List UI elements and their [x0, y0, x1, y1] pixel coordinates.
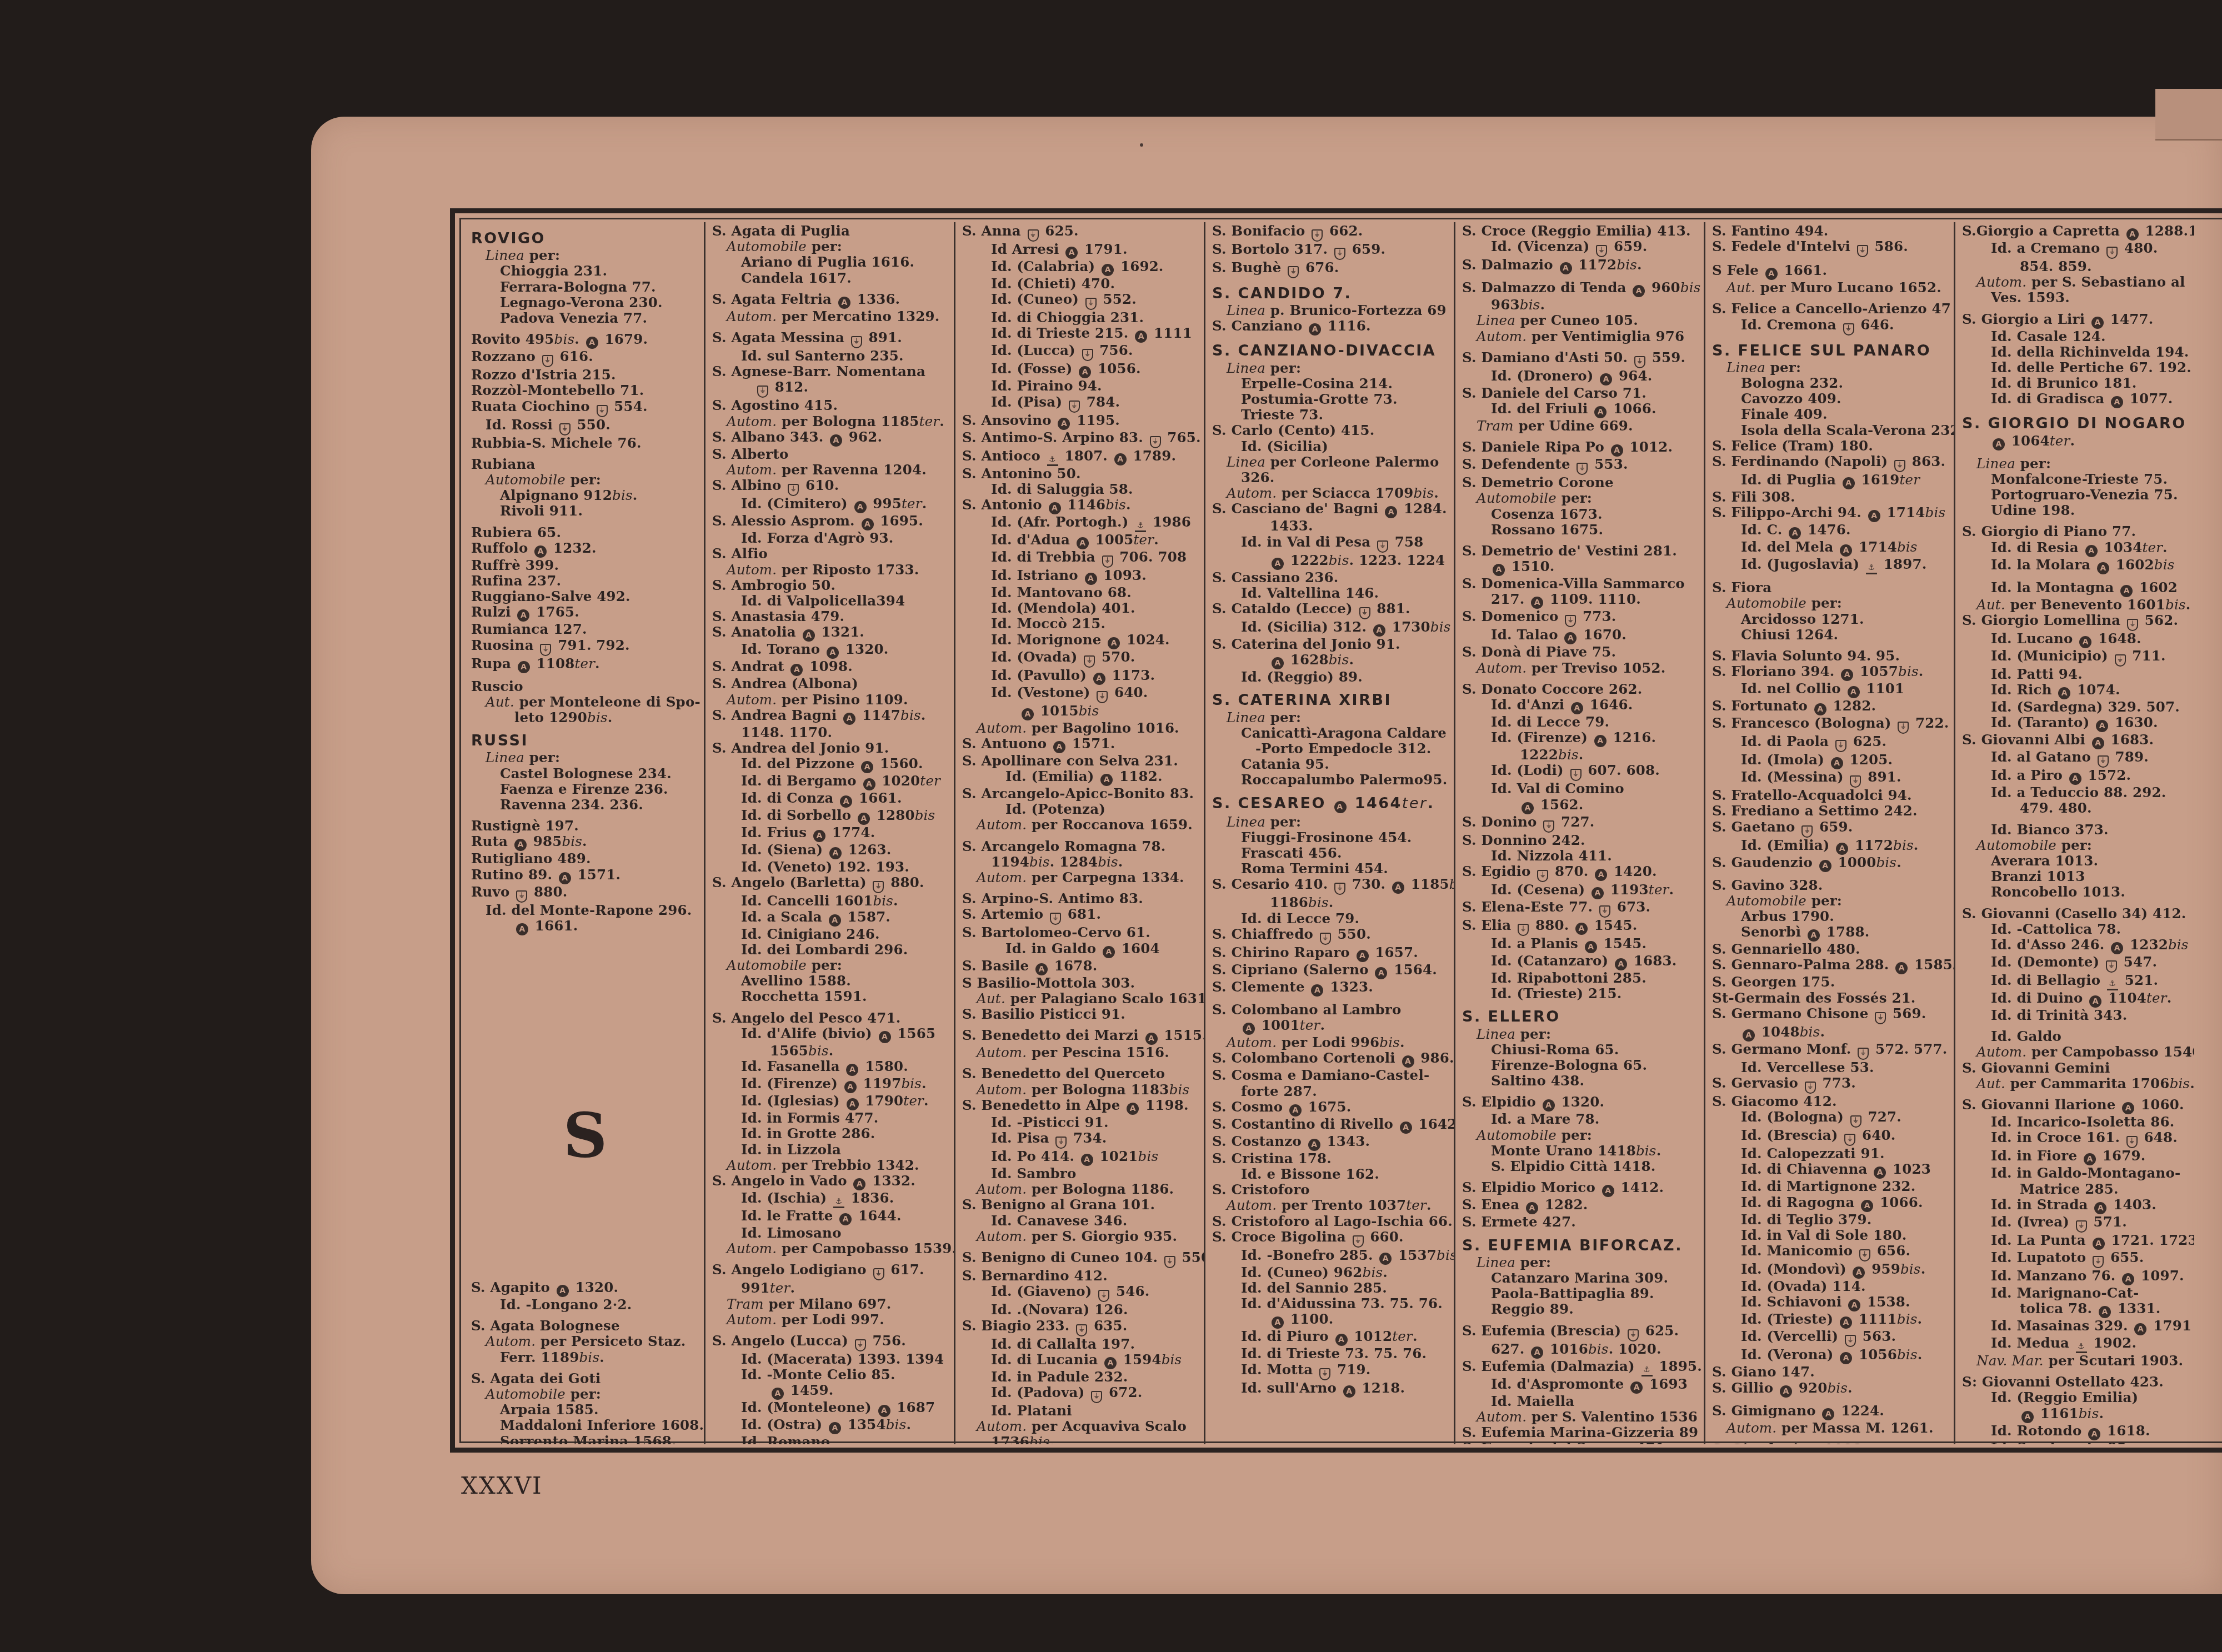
automobile-service-icon: A	[878, 1405, 890, 1417]
tram-service-icon: ⏚	[1537, 870, 1548, 882]
index-subentry: Id. (Padova) ⏚ 672.	[962, 1385, 1199, 1403]
index-subentry: A 1161bis.	[1962, 1406, 2190, 1423]
index-subentry: Sorrento Marina 1568.	[471, 1434, 699, 1444]
automobile-service-icon: A	[1093, 673, 1105, 685]
index-entry: S. Benedetto dei Marzi A 1515.	[962, 1028, 1199, 1045]
index-subentry: Id. Manzano 76. A 1097.	[1962, 1268, 2190, 1285]
index-subentry: Id. Casale 124.	[1962, 329, 2190, 344]
index-subentry: Autom. per Treviso 1052.	[1462, 660, 1699, 676]
index-entry: S. Fili 308.	[1712, 489, 1949, 505]
index-subentry: Id. sul Santerno 235.	[712, 348, 949, 364]
index-subentry: Id. e Bissone 162.	[1212, 1167, 1449, 1182]
index-subentry: Id. (Trieste) A 1111bis.	[1712, 1311, 1949, 1329]
index-subentry: Id. (Pavullo) A 1173.	[962, 668, 1199, 685]
index-subentry: Id. Bianco 373.	[1962, 822, 2190, 838]
index-subentry: Ravenna 234. 236.	[471, 797, 699, 813]
automobile-service-icon: A	[2099, 1306, 2111, 1318]
index-subentry: Id. Rossi ⏚ 550.	[471, 417, 699, 435]
tram-service-icon: ⏚	[1102, 555, 1113, 568]
index-entry: S. Alfio	[712, 546, 949, 562]
index-entry: S. Fiora	[1712, 580, 1949, 595]
station-heading: S. ELLERO	[1462, 1009, 1699, 1025]
index-subentry: Autom. per S. Sebastiano al	[1962, 274, 2190, 290]
index-subentry: S. Elpidio Città 1418.	[1462, 1159, 1699, 1174]
index-subentry: Alpignano 912bis.	[471, 488, 699, 503]
automobile-service-icon: A	[1077, 537, 1089, 549]
automobile-service-icon: A	[854, 501, 867, 513]
index-subentry: Autom. per Campobasso 1539.	[712, 1241, 949, 1256]
automobile-service-icon: A	[1402, 1055, 1414, 1068]
index-entry: S. Canziano A 1116.	[1212, 318, 1449, 336]
index-subentry: Senorbì A 1788.	[1712, 924, 1949, 942]
index-subentry: Automobile per:	[712, 958, 949, 973]
index-entry: Rupa A 1108ter.	[471, 656, 699, 673]
index-subentry: A 1048bis.	[1712, 1024, 1949, 1042]
tram-service-icon: ⏚	[1320, 933, 1331, 945]
tram-service-icon: ⏚	[1570, 769, 1582, 781]
index-subentry: Fiuggi-Frosinone 454.	[1212, 830, 1449, 845]
index-entry: S. Demetrio Corone	[1462, 475, 1699, 490]
index-subentry: Id. Cinigiano 246.	[712, 927, 949, 942]
index-subentry: Id. di Lecce 79.	[1212, 911, 1449, 927]
index-subentry: Linea per:	[1962, 456, 2190, 472]
index-subentry: Chiusi-Roma 65.	[1462, 1042, 1699, 1058]
automobile-service-icon: A	[1357, 950, 1369, 962]
index-entry: S. Benigno al Grana 101.	[962, 1197, 1199, 1213]
automobile-service-icon: A	[1243, 1023, 1255, 1035]
automobile-service-icon: A	[2093, 1238, 2105, 1250]
index-subentry: Catania 95.	[1212, 757, 1449, 772]
index-subentry: Id. di Sorbello A 1280bis	[712, 808, 949, 825]
tram-service-icon: ⏚	[1334, 883, 1345, 895]
index-entry: S. Cristoforo	[1212, 1182, 1449, 1198]
automobile-service-icon: A	[853, 1178, 865, 1190]
tram-service-icon: ⏚	[1850, 775, 1861, 788]
tram-service-icon: ⏚	[1028, 229, 1039, 242]
index-subentry: A 1064ter.	[1962, 433, 2190, 450]
automobile-service-icon: A	[1543, 1099, 1555, 1112]
tram-service-icon: ⏚	[1835, 740, 1846, 752]
index-subentry: Id. Patti 94.	[1962, 667, 2190, 682]
index-column-1: ROVIGOLinea per:Chioggia 231.Ferrara-Bol…	[456, 222, 705, 1444]
index-subentry: Id. la Montagna A 1602	[1962, 580, 2190, 597]
automobile-service-icon: A	[862, 518, 874, 530]
index-entry: S. Bartolomeo-Cervo 61.	[962, 925, 1199, 940]
automobile-service-icon: A	[1575, 923, 1588, 935]
index-subentry: Id. (Demonte) ⏚ 547.	[1962, 954, 2190, 973]
index-subentry: Id. Ripabottoni 285.	[1462, 970, 1699, 986]
index-subentry: 1194bis. 1284bis.	[962, 854, 1199, 870]
automobile-service-icon: A	[1531, 1346, 1543, 1359]
automobile-service-icon: A	[1022, 708, 1034, 720]
index-subentry: Canicattì-Aragona Caldare	[1212, 725, 1449, 741]
index-subentry: 854. 859.	[1962, 259, 2190, 274]
index-entry: S. Costanzo A 1343.	[1212, 1134, 1449, 1151]
automobile-service-icon: A	[1895, 962, 1908, 974]
automobile-service-icon: A	[1145, 1033, 1158, 1045]
index-subentry: Frascati 456.	[1212, 845, 1449, 861]
index-subentry: Id. -Bonefro 285. A 1537bis	[1212, 1248, 1449, 1265]
index-entry: S. Dalmazzo di Tenda A 960bis	[1462, 280, 1699, 297]
index-subentry: Automobile per:	[471, 472, 699, 488]
automobile-service-icon: A	[1392, 882, 1404, 894]
index-subentry: 991ter.	[712, 1280, 949, 1296]
index-subentry: Id. di Resia A 1034ter.	[1962, 540, 2190, 557]
automobile-service-icon: A	[839, 1213, 852, 1225]
index-entry: S. Agata Messina ⏚ 891.	[712, 330, 949, 348]
automobile-service-icon: A	[1630, 1381, 1643, 1394]
automobile-service-icon: A	[2126, 228, 2139, 241]
tram-service-icon: ⏚	[1076, 1324, 1087, 1336]
index-subentry: 627. A 1016bis. 1020.	[1462, 1341, 1699, 1359]
index-subentry: Id. nel Collio A 1101	[1712, 681, 1949, 698]
index-entry: S. Artemio ⏚ 681.	[962, 907, 1199, 925]
index-entry: S. Ermete 427.	[1462, 1214, 1699, 1230]
index-entry: S. Germano Chisone ⏚ 569.	[1712, 1006, 1949, 1024]
tram-service-icon: ⏚	[1150, 436, 1161, 448]
index-subentry: Aut. per Cammarita 1706bis.	[1962, 1076, 2190, 1092]
tram-service-icon: ⏚	[1312, 229, 1323, 242]
index-subentry: Id. di Trinità 343.	[1962, 1008, 2190, 1023]
index-subentry: Id. Maiella	[1462, 1394, 1699, 1409]
index-subentry: Id. (Ostra) A 1354bis.	[712, 1417, 949, 1434]
tram-service-icon: ⏚	[597, 405, 608, 417]
index-subentry: Nav. Mar. per Scutari 1903.	[1962, 1353, 2190, 1369]
index-entry: S. Cristoforo al Lago-Ischia 66.	[1212, 1214, 1449, 1229]
automobile-service-icon: A	[829, 914, 841, 927]
index-subentry: Id. (Cuneo) ⏚ 552.	[962, 292, 1199, 310]
index-entry: S. Benigno di Cuneo 104. ⏚ 550.	[962, 1250, 1199, 1268]
index-subentry: 217. A 1109. 1110.	[1462, 592, 1699, 609]
index-subentry: Id. di Paola ⏚ 625.	[1712, 734, 1949, 752]
index-entry: S. Agostino 415.	[712, 398, 949, 413]
automobile-service-icon: A	[1104, 1357, 1117, 1369]
automobile-service-icon: A	[1848, 1299, 1860, 1311]
index-subentry: Autom. per Sciacca 1709bis.	[1212, 485, 1449, 501]
automobile-service-icon: A	[1841, 669, 1853, 681]
automobile-service-icon: A	[827, 647, 839, 659]
index-subentry: Id. a Planis A 1545.	[1462, 936, 1699, 953]
index-entry: S. Andrea (Albona)	[712, 676, 949, 692]
automobile-service-icon: A	[1600, 373, 1612, 386]
automobile-service-icon: A	[1765, 268, 1778, 280]
page-number: XXXVI	[461, 1472, 543, 1499]
automobile-service-icon: A	[2111, 942, 2123, 954]
tram-service-icon: ⏚	[1875, 1012, 1886, 1024]
index-entry: S. Damiano d'Asti 50. ⏚ 559.	[1462, 350, 1699, 368]
index-entry: S. Carlo (Cento) 415.	[1212, 423, 1449, 438]
index-subentry: Autom. per S. Valentino 1536	[1462, 1409, 1699, 1425]
index-entry: S. Eufemia (Brescia) ⏚ 625.	[1462, 1323, 1699, 1341]
index-subentry: Id. Lupatoto ⏚ 655.	[1962, 1250, 2190, 1268]
index-entry: Ruvo ⏚ 880.	[471, 884, 699, 903]
index-subentry: Automobile per:	[1712, 595, 1949, 611]
index-subentry: Id. (Siena) A 1263.	[712, 842, 949, 859]
automobile-service-icon: A	[863, 778, 875, 790]
index-subentry: Id. (Jugoslavia) ⚓ 1897.	[1712, 557, 1949, 574]
index-entry: S. Angelo del Pesco 471.	[712, 1010, 949, 1026]
index-subentry: Id. di Bergamo A 1020ter	[712, 773, 949, 790]
index-subentry: Id. a Teduccio 88. 292.	[1962, 785, 2190, 800]
automobile-service-icon: A	[1848, 686, 1860, 698]
index-subentry: Id. (Monteleone) A 1687	[712, 1400, 949, 1417]
station-heading: S. FELICE SUL PANARO	[1712, 343, 1949, 359]
index-entry: S. Gaudenzio A 1000bis.	[1712, 855, 1949, 872]
automobile-service-icon: A	[1272, 657, 1284, 669]
index-entry: S. Giovanni Ilarione A 1060.	[1962, 1097, 2190, 1114]
index-entry: S. Domenica-Villa Sammarco	[1462, 576, 1699, 592]
station-heading: S. GIORGIO DI NOGARO	[1962, 416, 2190, 432]
index-subentry: Id. Istriano A 1093.	[962, 568, 1199, 585]
index-subentry: Id. Talao A 1670.	[1462, 627, 1699, 644]
index-subentry: Id. Torano A 1320.	[712, 642, 949, 659]
automobile-service-icon: A	[1135, 331, 1147, 343]
index-subentry: Reggio 89.	[1462, 1301, 1699, 1317]
index-subentry: Chioggia 231.	[471, 263, 699, 279]
index-entry: Ruta A 985bis.	[471, 834, 699, 851]
index-column-2: S. Agata di PugliaAutomobile per:Ariano …	[705, 222, 955, 1444]
index-subentry: Id. a Cremano ⏚ 480.	[1962, 241, 2190, 259]
index-subentry: Id. -Monte Celio 85.	[712, 1367, 949, 1383]
index-subentry: Id. (Verona) A 1056bis.	[1712, 1347, 1949, 1364]
automobile-service-icon: A	[2084, 1153, 2096, 1165]
automobile-service-icon: A	[1272, 1316, 1284, 1329]
index-subentry: Linea p. Brunico-Fortezza 69	[1212, 303, 1449, 318]
index-entry: S. Anatolia A 1321.	[712, 624, 949, 642]
automobile-service-icon: A	[1400, 1122, 1412, 1134]
index-subentry: Linea per:	[1212, 814, 1449, 830]
tram-service-icon: ⏚	[1634, 356, 1645, 368]
index-entry: S. Daniele Ripa Po A 1012.	[1462, 439, 1699, 457]
index-entry: S. Daniele del Carso 71.	[1462, 386, 1699, 401]
index-entry: S. Angelo (Lucca) ⏚ 756.	[712, 1333, 949, 1351]
index-entry: S. Agata dei Goti	[471, 1371, 699, 1386]
tram-service-icon: ⏚	[1857, 245, 1868, 257]
tram-service-icon: ⏚	[1843, 323, 1854, 336]
tram-service-icon: ⏚	[1518, 924, 1529, 936]
index-subentry: 326.	[1212, 470, 1449, 485]
index-subentry: 1565bis.	[712, 1043, 949, 1059]
automobile-service-icon: A	[829, 1422, 841, 1434]
index-subentry: Id. Platani	[962, 1403, 1199, 1419]
index-entry: Rovito 495bis. A 1679.	[471, 332, 699, 349]
index-entry: S.Giorgio a Capretta A 1288.1289	[1962, 223, 2190, 241]
index-subentry: Rossano 1675.	[1462, 522, 1699, 538]
automobile-service-icon: A	[1780, 1385, 1792, 1398]
index-entry: S. Arpino-S. Antimo 83.	[962, 891, 1199, 907]
index-subentry: 1433.	[1212, 518, 1449, 534]
index-subentry: Id. (Sardegna) 329. 507.	[1962, 699, 2190, 715]
index-subentry: leto 1290bis.	[471, 710, 699, 725]
index-subentry: Id. in Fiore A 1679.	[1962, 1148, 2190, 1165]
index-subentry: Firenze-Bologna 65.	[1462, 1058, 1699, 1073]
index-subentry: Id. Fasanella A 1580.	[712, 1059, 949, 1076]
automobile-service-icon: A	[1058, 418, 1070, 430]
index-subentry: Id. (Cimitero) A 995ter.	[712, 496, 949, 513]
index-subentry: Id. (Cuneo) 962bis.	[1212, 1265, 1449, 1280]
automobile-service-icon: A	[1049, 502, 1061, 514]
station-heading: S. CANDIDO 7.	[1212, 286, 1449, 302]
automobile-service-icon: A	[847, 1098, 859, 1110]
index-entry: S. Giovanni Albi A 1683.	[1962, 732, 2190, 749]
index-subentry: Udine 198.	[1962, 503, 2190, 518]
index-subentry: Arpaia 1585.	[471, 1402, 699, 1418]
index-subentry: Id. a Mare 78.	[1462, 1112, 1699, 1127]
index-entry: S. Donnino 242.	[1462, 833, 1699, 848]
tram-service-icon: ⏚	[1805, 1082, 1816, 1094]
index-subentry: Id. (Emilia) A 1182.	[962, 769, 1199, 786]
index-subentry: Id. (Cesena) A 1193ter.	[1462, 882, 1699, 899]
index-subentry: Erpelle-Cosina 214.	[1212, 376, 1449, 392]
automobile-service-icon: A	[772, 1388, 784, 1400]
index-subentry: Id. (Pisa) ⏚ 784.	[962, 394, 1199, 413]
tram-service-icon: ⏚	[2106, 247, 2118, 259]
index-subentry: Id. Cancelli 1601bis.	[712, 893, 949, 909]
automobile-service-icon: A	[1289, 1104, 1302, 1117]
index-entry: S. Antioco ⚓ 1807. A 1789.	[962, 448, 1199, 466]
index-subentry: Id. in Strada A 1403.	[1962, 1197, 2190, 1214]
index-subentry: Id. Romano	[712, 1434, 949, 1444]
tram-service-icon: ⏚	[1353, 1235, 1364, 1248]
index-entry: S. Gaetano ⏚ 659.	[1712, 819, 1949, 838]
index-entry: S. Gennaro-Palma 288. A 1585bis	[1712, 957, 1949, 974]
index-subentry: Id. di Lecce 79.	[1462, 714, 1699, 730]
index-subentry: Id. (Firenze) A 1197bis.	[712, 1076, 949, 1093]
index-subentry: Id. (Reggio Emilia)	[1962, 1390, 2190, 1405]
index-entry: S. Antimo-S. Arpino 83. ⏚ 765.	[962, 430, 1199, 448]
index-entry: Ruosina ⏚ 791. 792.	[471, 638, 699, 656]
index-entry: S. Andrea Bagni A 1147bis.	[712, 708, 949, 725]
index-subentry: A 1628bis.	[1212, 652, 1449, 669]
index-entry: Rubiana	[471, 457, 699, 472]
automobile-service-icon: A	[1611, 444, 1623, 457]
automobile-service-icon: A	[2058, 687, 2070, 699]
index-subentry: Id. in Croce 161. ⏚ 648.	[1962, 1130, 2190, 1148]
index-subentry: Monfalcone-Trieste 75.	[1962, 472, 2190, 487]
index-entry: Ruggiano-Salve 492.	[471, 589, 699, 604]
index-entry: S. Giovanni Gemini	[1962, 1060, 2190, 1076]
index-subentry: A 1459.	[712, 1383, 949, 1400]
index-entry: S. Cosma e Damiano-Castel-	[1212, 1068, 1449, 1083]
index-subentry: Autom. per Bologna 1186.	[962, 1182, 1199, 1197]
automobile-service-icon: A	[1808, 929, 1820, 942]
index-entry: S. Anna ⏚ 625.	[962, 223, 1199, 242]
tram-service-icon: ⏚	[1098, 1290, 1109, 1302]
index-subentry: Ferrara-Bologna 77.	[471, 279, 699, 295]
automobile-service-icon: A	[790, 664, 803, 676]
index-entry: S. Ferdinando (Napoli) ⏚ 863.	[1712, 454, 1949, 472]
index-subentry: Id. Marignano-Cat-	[1962, 1285, 2190, 1301]
tram-service-icon: ⏚	[1596, 245, 1607, 257]
automobile-service-icon: A	[2094, 1202, 2106, 1214]
index-subentry: Id. di Duino A 1104ter.	[1962, 990, 2190, 1008]
index-subentry: Id. la Molara A 1602bis	[1962, 557, 2190, 574]
index-subentry: Id. d'Aspromonte A 1693	[1462, 1376, 1699, 1394]
index-entry: S. Alberto	[712, 447, 949, 462]
index-subentry: Tram per Udine 669.	[1462, 418, 1699, 434]
tram-service-icon: ⏚	[559, 423, 570, 435]
index-entry: S. Colombano al Lambro	[1212, 1002, 1449, 1018]
index-subentry: Id. (Lodi) ⏚ 607. 608.	[1462, 763, 1699, 781]
index-entry: Rutino 89. A 1571.	[471, 867, 699, 884]
automobile-service-icon: A	[1102, 264, 1114, 276]
index-subentry: Id. di Valpolicella394	[712, 593, 949, 609]
automobile-service-icon: A	[1822, 1408, 1834, 1420]
index-subentry: Isola della Scala-Verona 232.	[1712, 423, 1949, 438]
index-subentry: Roccapalumbo Palermo95.	[1212, 772, 1449, 788]
tram-service-icon: ⏚	[1097, 691, 1108, 703]
index-subentry: Id. in Grotte 286.	[712, 1126, 949, 1142]
automobile-service-icon: A	[2120, 585, 2133, 597]
index-subentry: Id. (Sicilia)	[1212, 439, 1449, 454]
index-entry: Rozzano ⏚ 616.	[471, 349, 699, 367]
index-subentry: Roncobello 1013.	[1962, 884, 2190, 900]
index-subentry: Finale 409.	[1712, 407, 1949, 422]
index-subentry: Aut. per Monteleone di Spo-	[471, 694, 699, 710]
tram-service-icon: ⏚	[855, 1339, 866, 1351]
automobile-service-icon: A	[1602, 1185, 1614, 1197]
index-entry: S. Elia ⏚ 880. A 1545.	[1462, 918, 1699, 936]
index-subentry: Id. (Potenza)	[962, 802, 1199, 817]
index-entry: S. Croce Bigolina ⏚ 660.	[1212, 1229, 1449, 1248]
index-subentry: Automobile per:	[1712, 893, 1949, 909]
index-subentry: Ferr. 1189bis.	[471, 1350, 699, 1365]
index-entry: S. Eufemia Marina-Gizzeria 89	[1462, 1425, 1699, 1440]
index-subentry: A 1562.	[1462, 797, 1699, 814]
index-subentry: Autom. per Bologna 1183bis	[962, 1082, 1199, 1098]
index-entry: S. Floriano 394. A 1057bis.	[1712, 664, 1949, 681]
index-subentry: Id. (Vicenza) ⏚ 659.	[1462, 239, 1699, 257]
index-entry: S. Egidio ⏚ 870. A 1420.	[1462, 864, 1699, 882]
index-subentry: Id. in Padule 232.	[962, 1369, 1199, 1385]
index-subentry: Id. (Reggio) 89.	[1212, 669, 1449, 685]
automobile-service-icon: A	[829, 847, 842, 859]
index-entry: S. Caterina del Jonio 91.	[1212, 637, 1449, 652]
tram-service-icon: ⏚	[1859, 1249, 1870, 1261]
tram-service-icon: ⏚	[540, 644, 551, 656]
index-entry: S. Giorgio Lomellina ⏚ 562.	[1962, 613, 2190, 631]
index-entry: Rubbia-S. Michele 76.	[471, 435, 699, 451]
index-entry: S. Agnese-Barr. Nomentana	[712, 364, 949, 379]
index-subentry: Id. -Cattolica 78.	[1962, 922, 2190, 937]
index-entry: Rozzòl-Montebello 71.	[471, 383, 699, 398]
index-column-7: S.Giorgio a Capretta A 1288.1289Id. a Cr…	[1955, 222, 2194, 1444]
tram-service-icon: ⏚	[2126, 1136, 2138, 1148]
ship-service-icon: ⚓	[1642, 1365, 1653, 1376]
index-subentry: Ves. 1593.	[1962, 290, 2190, 306]
ship-service-icon: ⚓	[833, 1197, 844, 1208]
index-subentry: Id. .(Novara) 126.	[962, 1302, 1199, 1318]
index-subentry: Automobile per:	[1462, 490, 1699, 506]
index-subentry: Padova Venezia 77.	[471, 311, 699, 326]
index-subentry: Automobile per:	[712, 239, 949, 254]
index-subentry: Id. d'Anzi A 1646.	[1462, 697, 1699, 714]
tram-service-icon: ⏚	[1898, 722, 1909, 734]
index-subentry: Id. Manicomio ⏚ 656.	[1712, 1243, 1949, 1261]
index-column-6: S. Fantino 494.S. Fedele d'Intelvi ⏚ 586…	[1705, 222, 1955, 1444]
automobile-service-icon: A	[1526, 1202, 1538, 1214]
index-entry: S. Elpidio A 1320.	[1462, 1094, 1699, 1112]
index-entry: S. Fratello-Acquadolci 94.	[1712, 788, 1949, 803]
index-subentry: Ariano di Puglia 1616.	[712, 254, 949, 270]
index-subentry: Id. (Iglesias) A 1790ter.	[712, 1093, 949, 1110]
index-entry: S. Giano 147.	[1712, 1364, 1949, 1380]
index-subentry: Id. (Firenze) A 1216.	[1462, 730, 1699, 747]
index-subentry: Id. al Gatano ⏚ 789.	[1962, 749, 2190, 768]
index-entry: S. Costantino di Rivello A 1642	[1212, 1117, 1449, 1134]
index-subentry: 1148. 1170.	[712, 725, 949, 740]
index-entry: S. Antonio A 1146bis.	[962, 497, 1199, 514]
